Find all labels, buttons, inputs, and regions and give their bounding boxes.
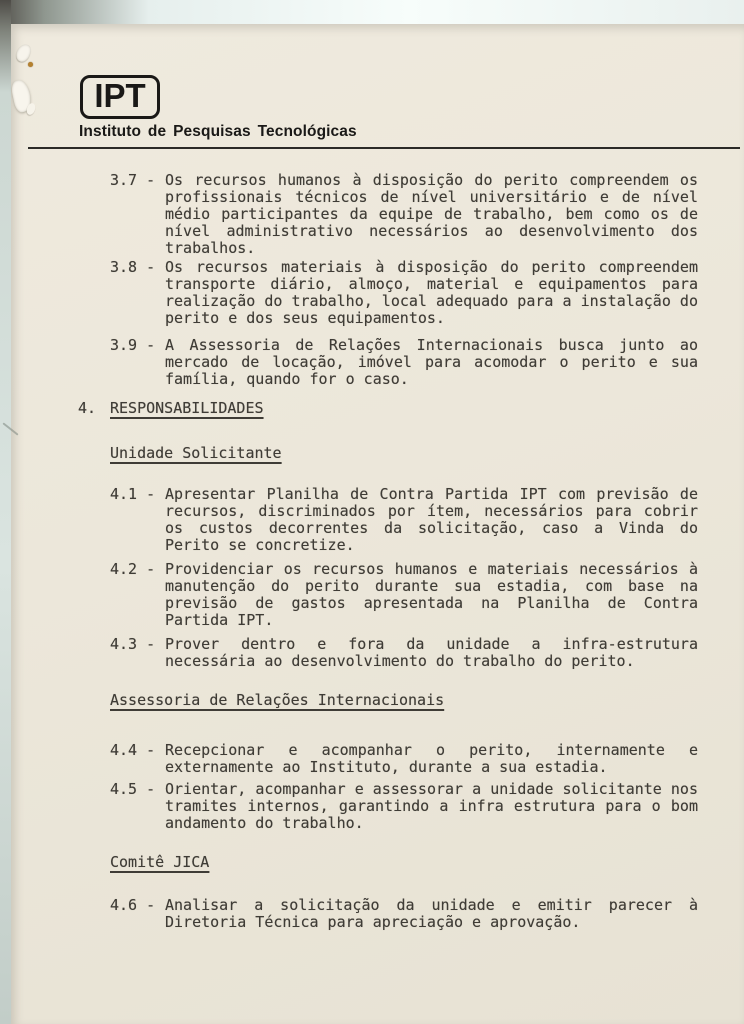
organization-name: Instituto de Pesquisas Tecnológicas [79, 123, 357, 141]
header-rule [28, 147, 740, 149]
clause-number: 4.2 - [110, 561, 165, 629]
clause-3-9: 3.9 - A Assessoria de Relações Internaci… [110, 337, 698, 388]
clause-number: 4.5 - [110, 781, 165, 832]
clause-number: 4.4 - [110, 742, 165, 776]
clause-text: Recepcionar e acompanhar o perito, inter… [165, 742, 698, 776]
scanner-edge-top [0, 0, 744, 24]
clause-text: Prover dentro e fora da unidade a infra-… [165, 636, 698, 670]
clause-3-7: 3.7 - Os recursos humanos à disposição d… [110, 172, 698, 257]
clause-text: Os recursos materiais à disposição do pe… [165, 259, 698, 327]
clause-4-6: 4.6 - Analisar a solicitação da unidade … [110, 897, 698, 931]
clause-number: 4.6 - [110, 897, 165, 931]
document-body: 3.7 - Os recursos humanos à disposição d… [110, 172, 698, 931]
scan-artifact-rust-dot [28, 62, 33, 67]
scanned-page: IPT Instituto de Pesquisas Tecnológicas … [0, 0, 744, 1024]
clause-number: 4.3 - [110, 636, 165, 670]
subsection-heading-assessoria-relacoes-internacionais: Assessoria de Relações Internacionais [110, 692, 698, 709]
clause-text: Apresentar Planilha de Contra Partida IP… [165, 486, 698, 554]
scanner-edge-left [0, 0, 11, 1024]
clause-3-8: 3.8 - Os recursos materiais à disposição… [110, 259, 698, 327]
section-number: 4. [78, 400, 110, 417]
clause-text: Analisar a solicitação da unidade e emit… [165, 897, 698, 931]
clause-number: 4.1 - [110, 486, 165, 554]
clause-number: 3.9 - [110, 337, 165, 388]
section-title: RESPONSABILIDADES [110, 399, 264, 417]
clause-number: 3.7 - [110, 172, 165, 257]
subsection-heading-comite-jica: Comitê JICA [110, 854, 698, 871]
clause-text: Providenciar os recursos humanos e mater… [165, 561, 698, 629]
ipt-logo-text: IPT [94, 77, 145, 115]
clause-4-4: 4.4 - Recepcionar e acompanhar o perito,… [110, 742, 698, 776]
clause-4-3: 4.3 - Prover dentro e fora da unidade a … [110, 636, 698, 670]
clause-4-2: 4.2 - Providenciar os recursos humanos e… [110, 561, 698, 629]
ipt-logo: IPT [80, 75, 160, 119]
clause-text: A Assessoria de Relações Internacionais … [165, 337, 698, 388]
subsection-heading-unidade-solicitante: Unidade Solicitante [110, 445, 698, 462]
clause-4-5: 4.5 - Orientar, acompanhar e assessorar … [110, 781, 698, 832]
clause-4-1: 4.1 - Apresentar Planilha de Contra Part… [110, 486, 698, 554]
clause-text: Orientar, acompanhar e assessorar a unid… [165, 781, 698, 832]
clause-text: Os recursos humanos à disposição do peri… [165, 172, 698, 257]
clause-number: 3.8 - [110, 259, 165, 327]
section-4-heading: 4.RESPONSABILIDADES [110, 400, 698, 417]
